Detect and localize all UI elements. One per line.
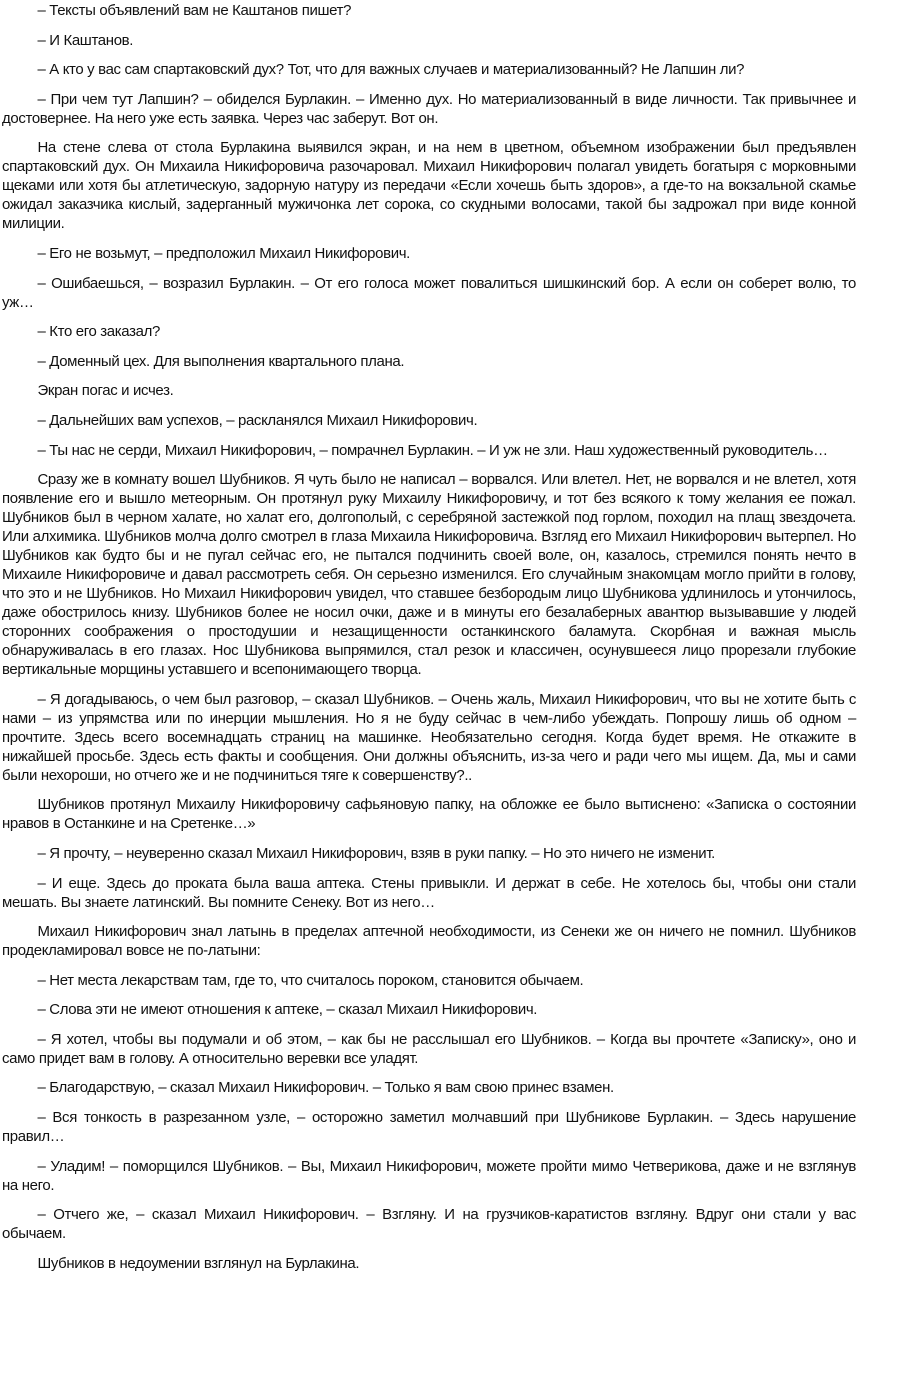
- paragraph: – И Каштанов.: [2, 31, 856, 50]
- paragraph: – При чем тут Лапшин? – обиделся Бурлаки…: [2, 90, 856, 128]
- paragraph: – Дальнейших вам успехов, – раскланялся …: [2, 411, 856, 430]
- paragraph: На стене слева от стола Бурлакина выявил…: [2, 138, 856, 233]
- paragraph: – Ты нас не серди, Михаил Никифорович, –…: [2, 441, 856, 460]
- paragraph: Михаил Никифорович знал латынь в предела…: [2, 922, 856, 960]
- paragraph: – Кто его заказал?: [2, 322, 856, 341]
- paragraph: – Тексты объявлений вам не Каштанов пише…: [2, 1, 856, 20]
- paragraph: – И еще. Здесь до проката была ваша апте…: [2, 874, 856, 912]
- paragraph: Шубников в недоумении взглянул на Бурлак…: [2, 1254, 856, 1273]
- paragraph: – Отчего же, – сказал Михаил Никифорович…: [2, 1205, 856, 1243]
- paragraph: – Уладим! – поморщился Шубников. – Вы, М…: [2, 1157, 856, 1195]
- paragraph: – Доменный цех. Для выполнения квартальн…: [2, 352, 856, 371]
- paragraph: – Слова эти не имеют отношения к аптеке,…: [2, 1000, 856, 1019]
- paragraph: – Благодарствую, – сказал Михаил Никифор…: [2, 1078, 856, 1097]
- paragraph: – Я хотел, чтобы вы подумали и об этом, …: [2, 1030, 856, 1068]
- paragraph: – Ошибаешься, – возразил Бурлакин. – От …: [2, 274, 856, 312]
- document-body: – Тексты объявлений вам не Каштанов пише…: [2, 1, 856, 1283]
- paragraph: – Вся тонкость в разрезанном узле, – ост…: [2, 1108, 856, 1146]
- paragraph: – Я догадываюсь, о чем был разговор, – с…: [2, 690, 856, 785]
- paragraph: Шубников протянул Михаилу Никифоровичу с…: [2, 795, 856, 833]
- paragraph: Экран погас и исчез.: [2, 381, 856, 400]
- paragraph: – А кто у вас сам спартаковский дух? Тот…: [2, 60, 856, 79]
- paragraph: Сразу же в комнату вошел Шубников. Я чут…: [2, 470, 856, 679]
- paragraph: – Нет места лекарствам там, где то, что …: [2, 971, 856, 990]
- paragraph: – Его не возьмут, – предположил Михаил Н…: [2, 244, 856, 263]
- paragraph: – Я прочту, – неуверенно сказал Михаил Н…: [2, 844, 856, 863]
